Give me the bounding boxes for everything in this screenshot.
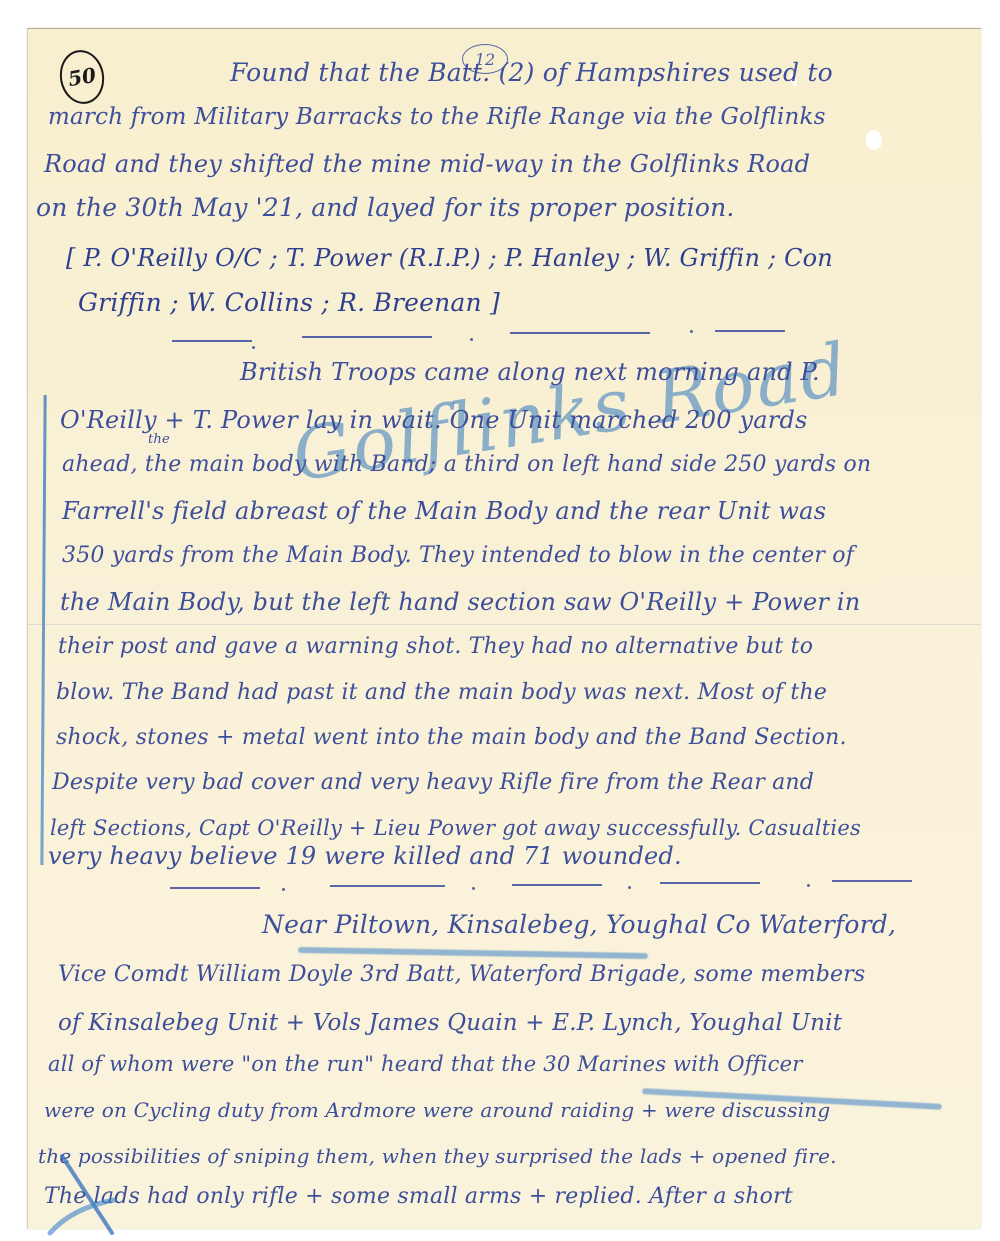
divider: [510, 332, 650, 334]
divider: [832, 880, 912, 882]
divider-dot: [472, 887, 475, 890]
text-line: the possibilities of sniping them, when …: [38, 1144, 837, 1168]
divider: [512, 884, 602, 886]
text-line: march from Military Barracks to the Rifl…: [48, 104, 826, 130]
text-line: blow. The Band had past it and the main …: [56, 680, 827, 705]
text-line: of Kinsalebeg Unit + Vols James Quain + …: [58, 1010, 842, 1036]
punch-hole: [866, 130, 882, 150]
text-line: Found that the Batt. (2) of Hampshires u…: [230, 58, 833, 87]
text-line: Farrell's field abreast of the Main Body…: [62, 497, 826, 525]
divider-dot: [628, 886, 631, 889]
text-line: all of whom were "on the run" heard that…: [48, 1052, 803, 1076]
text-line: Vice Comdt William Doyle 3rd Batt, Water…: [58, 962, 865, 987]
text-line: shock, stones + metal went into the main…: [56, 725, 847, 750]
text-line: British Troops came along next morning a…: [240, 358, 820, 386]
text-line: 350 yards from the Main Body. They inten…: [62, 543, 854, 568]
cross-mark-icon: [42, 1148, 122, 1238]
text-line: very heavy believe 19 were killed and 71…: [48, 842, 682, 870]
divider-dot: [282, 888, 285, 891]
text-line: were on Cycling duty from Ardmore were a…: [44, 1098, 830, 1122]
divider-dot: [470, 338, 473, 341]
text-line: left Sections, Capt O'Reilly + Lieu Powe…: [50, 816, 861, 840]
text-line: their post and gave a warning shot. They…: [58, 634, 813, 659]
divider: [715, 330, 785, 332]
text-line: O'Reilly + T. Power lay in wait. One Uni…: [60, 406, 808, 434]
text-line: ahead, the main body with Band; a third …: [62, 452, 871, 477]
text-line: [ P. O'Reilly O/C ; T. Power (R.I.P.) ; …: [66, 244, 833, 272]
fold-line: [28, 624, 981, 625]
divider-dot: [807, 884, 810, 887]
divider-dot: [252, 346, 255, 349]
text-line: Despite very bad cover and very heavy Ri…: [52, 770, 814, 795]
text-line: Griffin ; W. Collins ; R. Breenan ]: [78, 288, 500, 317]
divider: [330, 885, 445, 887]
divider: [660, 882, 760, 884]
text-line: the Main Body, but the left hand section…: [60, 588, 860, 616]
divider: [302, 336, 432, 338]
divider-dot: [690, 330, 693, 333]
text-line: The lads had only rifle + some small arm…: [44, 1184, 793, 1209]
text-line: Road and they shifted the mine mid-way i…: [44, 150, 810, 178]
text-line: on the 30th May '21, and layed for its p…: [36, 193, 735, 222]
insertion-mark: the: [148, 432, 170, 447]
text-line: Near Piltown, Kinsalebeg, Youghal Co Wat…: [262, 910, 896, 939]
divider: [172, 340, 252, 342]
divider: [170, 887, 260, 889]
